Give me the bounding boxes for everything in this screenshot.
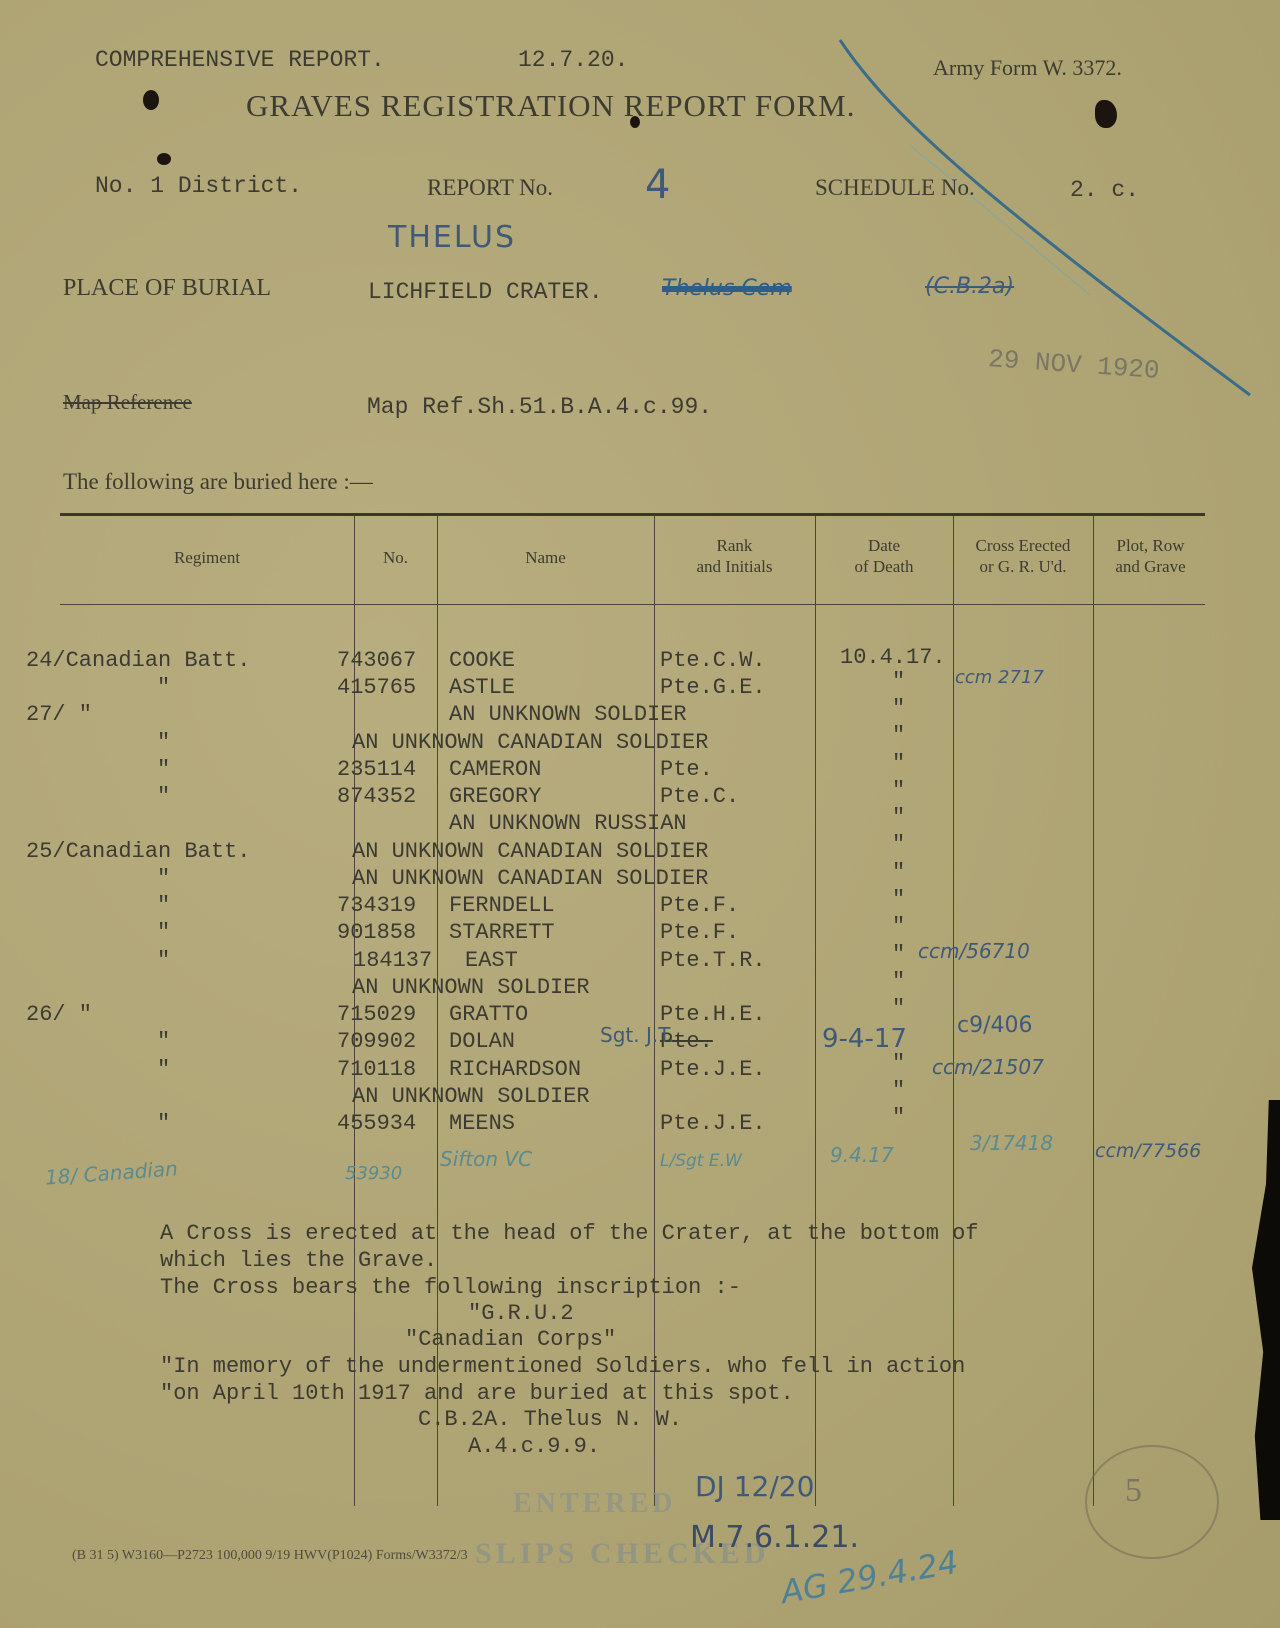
punch-hole-middle [157,153,171,165]
note-line-3: The Cross bears the following inscriptio… [160,1275,741,1300]
row10-regiment: " [157,919,170,946]
schedule-value: 2. c. [1070,177,1139,203]
row12-date: " [892,968,905,995]
row5-date: " [892,777,905,804]
row14-date: 9-4-17 [822,1026,907,1053]
row3-date: " [892,722,905,749]
row18-no: 53930 [345,1160,402,1187]
row1-cross: ccm 2717 [955,664,1044,691]
row11-cross: ccm/56710 [918,938,1030,965]
district-label: No. 1 District. [95,173,302,199]
entered-stamp: ENTERED [513,1488,676,1520]
row0-date: 10.4.17. [840,644,946,671]
header-rank-line1: Rank [654,535,815,556]
row8-name: AN UNKNOWN CANADIAN SOLDIER [352,865,708,892]
place-struck-text: Thelus Cem [662,276,792,301]
row9-date: " [892,886,905,913]
note-line-1: A Cross is erected at the head of the Cr… [160,1221,979,1246]
table-top-rule [60,513,1205,516]
header-cross-line1: Cross Erected [953,535,1093,556]
row3-regiment: " [157,729,170,756]
map-reference-value: Map Ref.Sh.51.B.A.4.c.99. [367,394,712,420]
row10-name: STARRETT [449,919,555,946]
row17-regiment: " [157,1110,170,1137]
row15-cross: ccm/21507 [932,1054,1044,1081]
row2-date: " [892,695,905,722]
header-cross-erected: Cross Erected or G. R. U'd. [953,535,1093,577]
row3-name: AN UNKNOWN CANADIAN SOLDIER [352,729,708,756]
row4-regiment: " [157,756,170,783]
place-struck-code: (C.B.2a) [925,274,1014,299]
row5-no: 874352 [337,783,416,810]
header-name: Name [437,547,654,568]
row4-name: CAMERON [449,756,541,783]
header-date-line1: Date [815,535,953,556]
inscription-line-5: C.B.2A. Thelus N. W. [418,1407,682,1432]
row13-cross: c9/406 [957,1012,1033,1039]
torn-edge [1252,1100,1280,1520]
handwritten-initials-2: M.7.6.1.21. [690,1520,859,1555]
row14-name: DOLAN [449,1028,515,1055]
row4-date: " [892,750,905,777]
schedule-label: SCHEDULE No. [815,175,975,201]
row11-no: 184137 [353,947,432,974]
row11-regiment: " [157,947,170,974]
row6-name: AN UNKNOWN RUSSIAN [449,810,687,837]
row10-date: " [892,913,905,940]
circle-mark-number: 5 [1125,1472,1142,1510]
row16-date: " [892,1077,905,1104]
buried-intro-text: The following are buried here :— [63,469,373,495]
row0-no: 743067 [337,647,416,674]
row13-regiment: 26/ " [26,1001,92,1028]
row11-date: " [892,941,905,968]
row15-rank: Pte.J.E. [660,1056,766,1083]
row1-name: ASTLE [449,674,515,701]
row11-rank: Pte.T.R. [660,947,766,974]
header-plot: Plot, Row and Grave [1093,535,1208,577]
row11-name: EAST [465,947,518,974]
row13-no: 715029 [337,1001,416,1028]
row18-rank: L/Sgt E.W [660,1148,742,1175]
row15-date: " [892,1050,905,1077]
row7-name: AN UNKNOWN CANADIAN SOLDIER [352,838,708,865]
place-of-burial-value: LICHFIELD CRATER. [368,279,603,305]
report-no-label: REPORT No. [427,175,553,201]
header-no: No. [354,547,437,568]
circle-mark [1085,1445,1219,1559]
table-header-bottom-rule [60,604,1205,605]
handwritten-place-thelus: THELUS [388,220,516,255]
row9-rank: Pte.F. [660,892,739,919]
row1-rank: Pte.G.E. [660,674,766,701]
row6-date: " [892,804,905,831]
header-plot-line2: and Grave [1093,556,1208,577]
row15-no: 710118 [337,1056,416,1083]
header-plot-line1: Plot, Row [1093,535,1208,556]
row18-date: 9.4.17 [830,1142,894,1169]
row14-regiment: " [157,1028,170,1055]
header-cross-line2: or G. R. U'd. [953,556,1093,577]
row5-name: GREGORY [449,783,541,810]
row16-name: AN UNKNOWN SOLDIER [352,1083,590,1110]
row5-regiment: " [157,783,170,810]
row17-date: " [892,1104,905,1131]
row0-regiment: 24/Canadian Batt. [26,647,250,674]
print-code: (B 31 5) W3160—P2723 100,000 9/19 HWV(P1… [72,1548,468,1564]
row1-regiment: " [157,674,170,701]
row14-rank-sgt: Sgt. J.T. [600,1022,674,1049]
inscription-line-3: "In memory of the undermentioned Soldier… [160,1354,965,1379]
note-line-2: which lies the Grave. [160,1248,437,1273]
row13-name: GRATTO [449,1001,528,1028]
row17-rank: Pte.J.E. [660,1110,766,1137]
header-comprehensive-report: COMPREHENSIVE REPORT. [95,47,385,73]
map-reference-label: Map Reference [63,390,192,415]
row12-name: AN UNKNOWN SOLDIER [352,974,590,1001]
row4-rank: Pte. [660,756,713,783]
row18-regiment: 18/ Canadian [44,1155,178,1191]
punch-hole-top [143,90,159,110]
row13-rank: Pte.H.E. [660,1001,766,1028]
row0-rank: Pte.C.W. [660,647,766,674]
row18-name: Sifton VC [440,1146,532,1173]
handwritten-initials-1: DJ 12/20 [695,1470,814,1503]
row5-rank: Pte.C. [660,783,739,810]
row18-cross: 3/17418 [970,1130,1053,1157]
place-of-burial-label: PLACE OF BURIAL [63,275,271,302]
row0-name: COOKE [449,647,515,674]
row9-name: FERNDELL [449,892,555,919]
row7-regiment: 25/Canadian Batt. [26,838,250,865]
inscription-line-2: "Canadian Corps" [405,1327,616,1352]
row2-regiment: 27/ " [26,701,92,728]
row17-name: MEENS [449,1110,515,1137]
header-rank: Rank and Initials [654,535,815,577]
row4-no: 235114 [337,756,416,783]
inscription-line-6: A.4.c.9.9. [468,1434,600,1459]
header-date: 12.7.20. [518,47,628,73]
row18-plot: ccm/77566 [1095,1138,1201,1165]
row13-date: " [892,995,905,1022]
row14-no: 709902 [337,1028,416,1055]
col-divider-6 [1093,516,1094,1506]
inscription-line-4: "on April 10th 1917 and are buried at th… [160,1381,794,1406]
row2-name: AN UNKNOWN SOLDIER [449,701,687,728]
row10-no: 901858 [337,919,416,946]
row17-no: 455934 [337,1110,416,1137]
header-date-of-death: Date of Death [815,535,953,577]
header-regiment: Regiment [60,547,354,568]
row8-date: " [892,859,905,886]
row1-date: " [892,668,905,695]
row9-no: 734319 [337,892,416,919]
row8-regiment: " [157,865,170,892]
row15-name: RICHARDSON [449,1056,581,1083]
header-date-line2: of Death [815,556,953,577]
report-no-value: 4 [645,162,670,208]
army-form-id: Army Form W. 3372. [933,55,1122,81]
row9-regiment: " [157,892,170,919]
header-rank-line2: and Initials [654,556,815,577]
row10-rank: Pte.F. [660,919,739,946]
page-title: GRAVES REGISTRATION REPORT FORM. [246,88,855,124]
row1-no: 415765 [337,674,416,701]
inscription-line-1: "G.R.U.2 [468,1301,574,1326]
row15-regiment: " [157,1056,170,1083]
row7-date: " [892,831,905,858]
